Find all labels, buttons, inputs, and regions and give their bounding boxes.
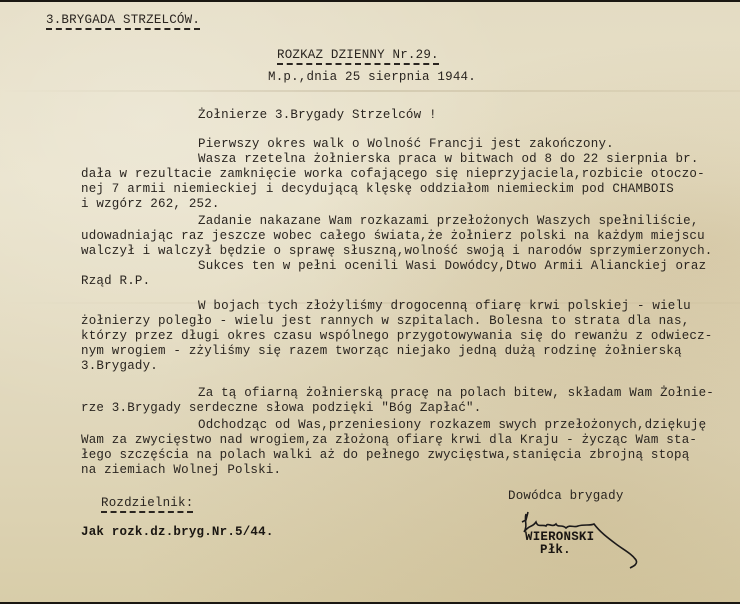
distribution-label: Rozdzielnik: bbox=[101, 496, 193, 513]
order-title: ROZKAZ DZIENNY Nr.29. bbox=[277, 48, 439, 65]
salutation: Żołnierze 3.Brygady Strzelców ! bbox=[198, 108, 437, 122]
body-line: i wzgórz 262, 252. bbox=[81, 197, 220, 211]
body-line: Pierwszy okres walk o Wolność Francji je… bbox=[198, 137, 614, 151]
unit-header: 3.BRYGADA STRZELCÓW. bbox=[46, 13, 200, 30]
body-line: Zadanie nakazane Wam rozkazami przełożon… bbox=[198, 214, 699, 228]
body-line: Sukces ten w pełni ocenili Wasi Dowódcy,… bbox=[198, 259, 706, 273]
document-page: 3.BRYGADA STRZELCÓW. ROZKAZ DZIENNY Nr.2… bbox=[0, 2, 740, 602]
body-line: na ziemiach Wolnej Polski. bbox=[81, 463, 281, 477]
body-line: walczył i walczył będzie o sprawę słuszn… bbox=[81, 244, 713, 258]
body-line: Wasza rzetelna żołnierska praca w bitwac… bbox=[198, 152, 699, 166]
body-line: 3.Brygady. bbox=[81, 359, 158, 373]
place-date: M.p.,dnia 25 sierpnia 1944. bbox=[268, 70, 476, 84]
body-line: żołnierzy poległo - wielu jest rannych w… bbox=[81, 314, 689, 328]
body-line: którzy przez długi okres czasu wspólnego… bbox=[81, 329, 713, 343]
body-line: Za tą ofiarną żołnierską pracę na polach… bbox=[198, 386, 714, 400]
body-line: Rząd R.P. bbox=[81, 274, 150, 288]
signatory-rank: Płk. bbox=[540, 543, 571, 557]
body-line: rze 3.Brygady serdeczne słowa podzięki "… bbox=[81, 401, 481, 415]
body-line: udowadniając raz jeszcze wobec całego św… bbox=[81, 229, 705, 243]
signatory-title: Dowódca brygady bbox=[508, 489, 624, 503]
signatory-name: WIERONSKI bbox=[525, 530, 594, 544]
paper-fold bbox=[0, 90, 740, 92]
body-line: Odchodząc od Was,przeniesiony rozkazem s… bbox=[198, 418, 706, 432]
body-line: Wam za zwycięstwo nad wrogiem,za złożoną… bbox=[81, 433, 697, 447]
distribution-text: Jak rozk.dz.bryg.Nr.5/44. bbox=[81, 525, 274, 539]
body-line: W bojach tych złożyliśmy drogocenną ofia… bbox=[198, 299, 691, 313]
body-line: nej 7 armii niemieckiej i decydującą klę… bbox=[81, 182, 674, 196]
body-line: dała w rezultacie zamknięcie worka cofaj… bbox=[81, 167, 705, 181]
body-line: łego szczęścia na polach walki aż do peł… bbox=[81, 448, 689, 462]
body-line: nym wrogiem - zżyliśmy się razem tworząc… bbox=[81, 344, 682, 358]
